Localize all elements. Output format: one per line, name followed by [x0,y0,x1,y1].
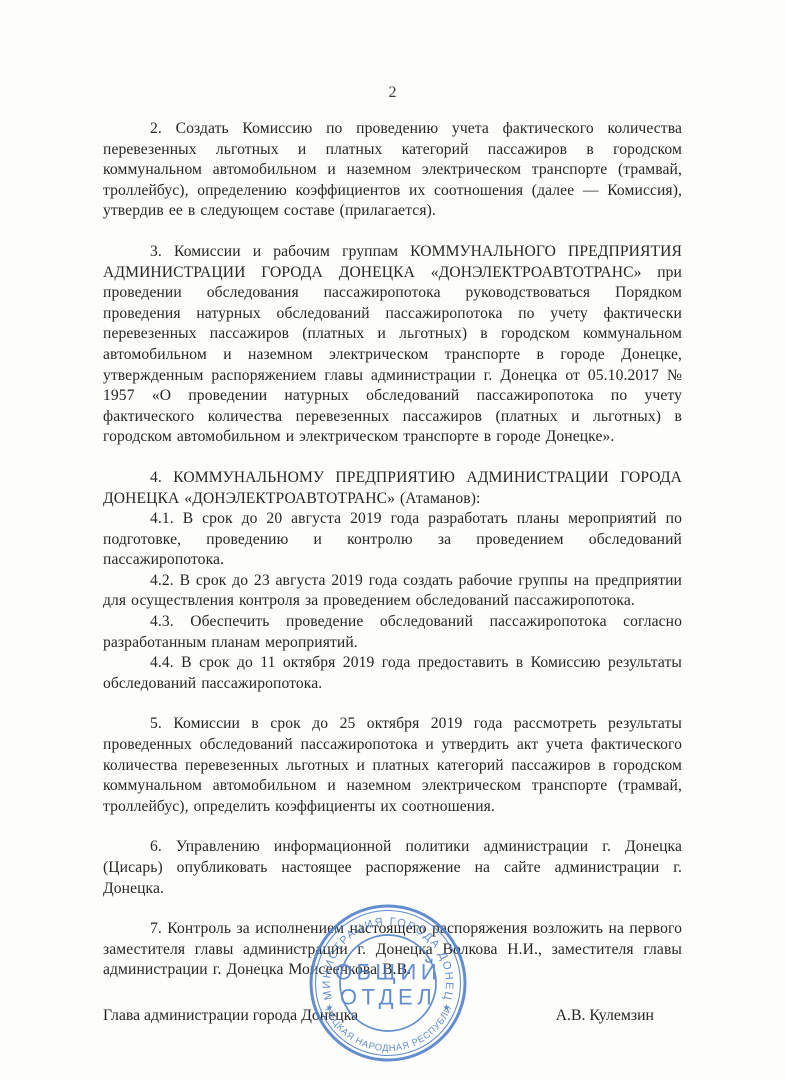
paragraph-7: 7. Контроль за исполнением настоящего ра… [103,919,682,981]
signature-row: Глава администрации города Донецка А.В. … [103,1007,682,1025]
paragraph-4-2: 4.2. В срок до 23 августа 2019 года созд… [103,571,682,612]
signature-name: А.В. Кулемзин [556,1007,654,1025]
page-number: 2 [103,84,682,102]
paragraph-5: 5. Комиссии в срок до 25 октября 2019 го… [103,714,682,817]
paragraph-4-3: 4.3. Обеспечить проведение обследований … [103,612,682,653]
paragraph-2: 2. Создать Комиссию по проведению учета … [103,119,682,222]
paragraph-4-1: 4.1. В срок до 20 августа 2019 года разр… [103,509,682,571]
scanned-document-page: 2 2. Создать Комиссию по проведению учет… [0,0,785,1080]
paragraph-3: 3. Комиссии и рабочим группам КОММУНАЛЬН… [103,242,682,448]
paragraph-4-4: 4.4. В срок до 11 октября 2019 года пред… [103,653,682,694]
document-body: 2 2. Создать Комиссию по проведению учет… [103,84,682,1025]
paragraph-6: 6. Управлению информационной политики ад… [103,837,682,899]
paragraph-4: 4. КОММУНАЛЬНОМУ ПРЕДПРИЯТИЮ АДМИНИСТРАЦ… [103,468,682,509]
signature-position-title: Глава администрации города Донецка [103,1007,358,1025]
